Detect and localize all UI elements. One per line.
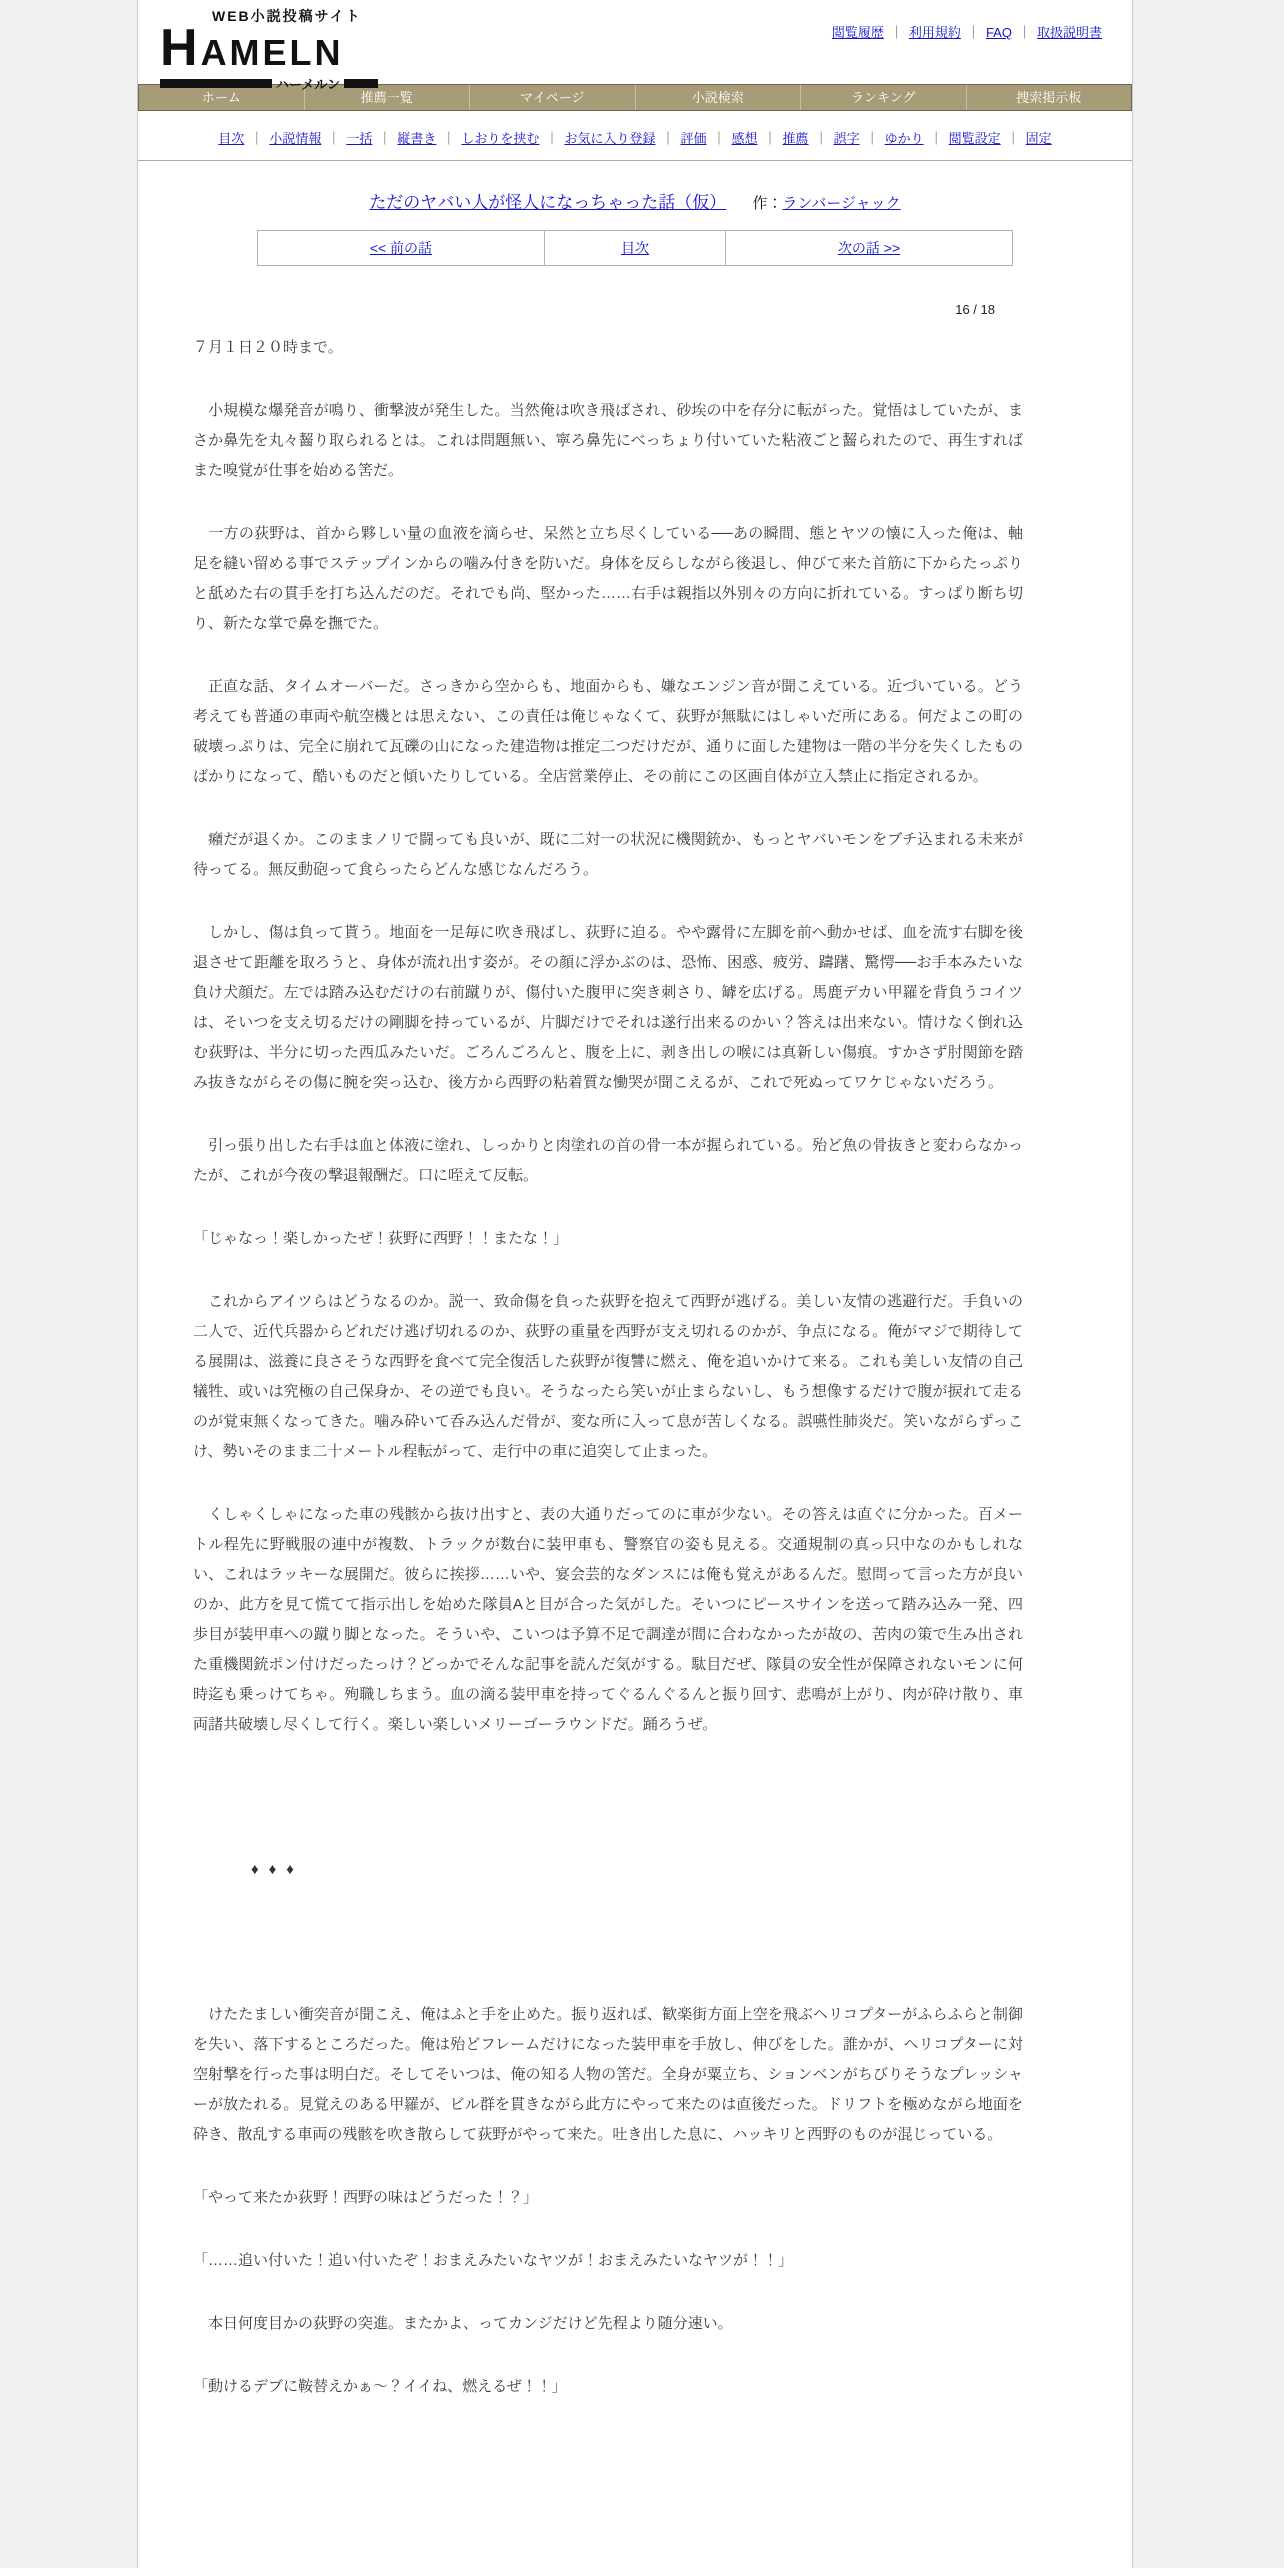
novel-paragraph: 「動けるデブに鞍替えかぁ～？イイね、燃えるぜ！！」: [193, 2372, 1023, 2402]
subnav-link-yukari[interactable]: ゆかり: [885, 131, 924, 146]
author-part: 作：ランバージャック: [752, 195, 900, 212]
novel-body: ７月１日２０時まで。 小規模な爆発音が鳴り、衝撃波が発生した。当然俺は吹き飛ばさ…: [193, 333, 1023, 2402]
separator: ｜: [545, 131, 558, 146]
novel-paragraph: けたたましい衝突音が聞こえ、俺はふと手を止めた。振り返れば、歓楽街方面上空を飛ぶ…: [193, 2000, 1023, 2150]
novel-container: 16 / 18 ７月１日２０時まで。 小規模な爆発音が鳴り、衝撃波が発生した。当…: [193, 302, 1023, 2402]
site-logo[interactable]: WEB小説投稿サイト HAMELN ハーメルン: [160, 6, 386, 93]
header-link-manual[interactable]: 取扱説明書: [1037, 25, 1102, 40]
subnav-link-rating[interactable]: 評価: [680, 131, 706, 146]
author-prefix: 作：: [752, 195, 782, 212]
separator: ｜: [866, 131, 879, 146]
novel-paragraph: 引っ張り出した右手は血と体液に塗れ、しっかりと肉塗れの首の骨一本が握られている。…: [193, 1131, 1023, 1191]
content-column: WEB小説投稿サイト HAMELN ハーメルン 閲覧履歴｜利用規約｜FAQ｜取扱…: [137, 0, 1133, 2568]
novel-title-link[interactable]: ただのヤバい人が怪人になっちゃった話（仮）: [369, 193, 726, 212]
subnav-link-impressions[interactable]: 感想: [732, 131, 758, 146]
logo-wordmark: HAMELN: [160, 22, 386, 74]
novel-paragraph: 本日何度目かの荻野の突進。またかよ、ってカンジだけど先程より随分速い。: [193, 2309, 1023, 2339]
novel-paragraph: これからアイツらはどうなるのか。説一、致命傷を負った荻野を抱えて西野が逃げる。美…: [193, 1287, 1023, 1467]
separator: ｜: [890, 25, 903, 40]
page: WEB小説投稿サイト HAMELN ハーメルン 閲覧履歴｜利用規約｜FAQ｜取扱…: [0, 0, 1284, 2568]
separator: ｜: [764, 131, 777, 146]
subnav-link-pin[interactable]: 固定: [1026, 131, 1052, 146]
separator: ｜: [815, 131, 828, 146]
toc-link[interactable]: 目次: [621, 240, 649, 256]
separator: ｜: [1007, 131, 1020, 146]
scene-separator: ♦♦♦: [193, 1855, 1023, 1885]
novel-paragraph: 小規模な爆発音が鳴り、衝撃波が発生した。当然俺は吹き飛ばされ、砂埃の中を存分に転…: [193, 396, 1023, 486]
prev-chapter-link[interactable]: << 前の話: [370, 240, 432, 256]
separator: ｜: [1018, 25, 1031, 40]
subnav-link-recommend[interactable]: 推薦: [783, 131, 809, 146]
novel-paragraph: 癪だが退くか。このままノリで闘っても良いが、既に二対一の状況に機関銃か、もっとヤ…: [193, 825, 1023, 885]
toc-cell[interactable]: 目次: [544, 231, 725, 266]
nav-tab-novel-search[interactable]: 小説検索: [635, 85, 801, 110]
subnav-link-typo-report[interactable]: 誤字: [834, 131, 860, 146]
novel-paragraph: しかし、傷は負って貰う。地面を一足毎に吹き飛ばし、荻野に迫る。やや露骨に左脚を前…: [193, 918, 1023, 1098]
separator: ｜: [713, 131, 726, 146]
separator: ｜: [378, 131, 391, 146]
site-header: WEB小説投稿サイト HAMELN ハーメルン 閲覧履歴｜利用規約｜FAQ｜取扱…: [138, 0, 1132, 84]
separator: ｜: [967, 25, 980, 40]
separator: ｜: [250, 131, 263, 146]
subnav-link-vertical-text[interactable]: 縦書き: [397, 131, 436, 146]
novel-paragraph: ７月１日２０時まで。: [193, 333, 1023, 363]
nav-tab-ranking[interactable]: ランキング: [800, 85, 966, 110]
header-links: 閲覧履歴｜利用規約｜FAQ｜取扱説明書: [832, 22, 1102, 41]
logo-furigana: ハーメルン: [272, 74, 344, 93]
header-link-history[interactable]: 閲覧履歴: [832, 25, 884, 40]
separator: ｜: [930, 131, 943, 146]
logo-bar-right: [344, 79, 378, 88]
novel-paragraph: くしゃくしゃになった車の残骸から抜け出すと、表の大通りだってのに車が少ない。その…: [193, 1500, 1023, 1740]
header-link-faq[interactable]: FAQ: [986, 25, 1012, 40]
subnav-link-novel-info[interactable]: 小説情報: [269, 131, 321, 146]
novel-paragraph: 「……追い付いた！追い付いたぞ！おまえみたいなヤツが！おまえみたいなヤツが！！」: [193, 2246, 1023, 2276]
next-chapter-link[interactable]: 次の話 >>: [838, 240, 900, 256]
novel-paragraph: 一方の荻野は、首から夥しい量の血液を滴らせ、呆然と立ち尽くしている──あの瞬間、…: [193, 519, 1023, 639]
nav-tab-search-board[interactable]: 捜索掲示板: [966, 85, 1132, 110]
novel-title-row: ただのヤバい人が怪人になっちゃった話（仮）作：ランバージャック: [138, 188, 1132, 213]
sub-nav: 目次｜小説情報｜一括｜縦書き｜しおりを挟む｜お気に入り登録｜評価｜感想｜推薦｜誤…: [138, 111, 1132, 161]
page-indicator: 16 / 18: [193, 302, 1023, 317]
novel-paragraph: 正直な話、タイムオーバーだ。さっきから空からも、地面からも、嫌なエンジン音が聞こ…: [193, 672, 1023, 792]
subnav-link-view-settings[interactable]: 閲覧設定: [949, 131, 1001, 146]
novel-paragraph: 「じゃなっ！楽しかったぜ！荻野に西野！！またな！」: [193, 1224, 1023, 1254]
logo-bar-left: [160, 79, 272, 88]
separator: ｜: [661, 131, 674, 146]
author-link[interactable]: ランバージャック: [782, 195, 900, 212]
subnav-link-bookmark[interactable]: しおりを挟む: [461, 131, 539, 146]
separator: ｜: [442, 131, 455, 146]
subnav-link-toc[interactable]: 目次: [218, 131, 244, 146]
next-chapter-cell[interactable]: 次の話 >>: [726, 231, 1013, 266]
separator: ｜: [327, 131, 340, 146]
nav-tab-my-page[interactable]: マイページ: [469, 85, 635, 110]
subnav-link-add-favorite[interactable]: お気に入り登録: [564, 131, 655, 146]
chapter-nav: << 前の話 目次 次の話 >>: [257, 230, 1013, 266]
subnav-link-batch[interactable]: 一括: [346, 131, 372, 146]
novel-paragraph: 「やって来たか荻野！西野の味はどうだった！？」: [193, 2183, 1023, 2213]
prev-chapter-cell[interactable]: << 前の話: [258, 231, 545, 266]
header-link-terms[interactable]: 利用規約: [909, 25, 961, 40]
